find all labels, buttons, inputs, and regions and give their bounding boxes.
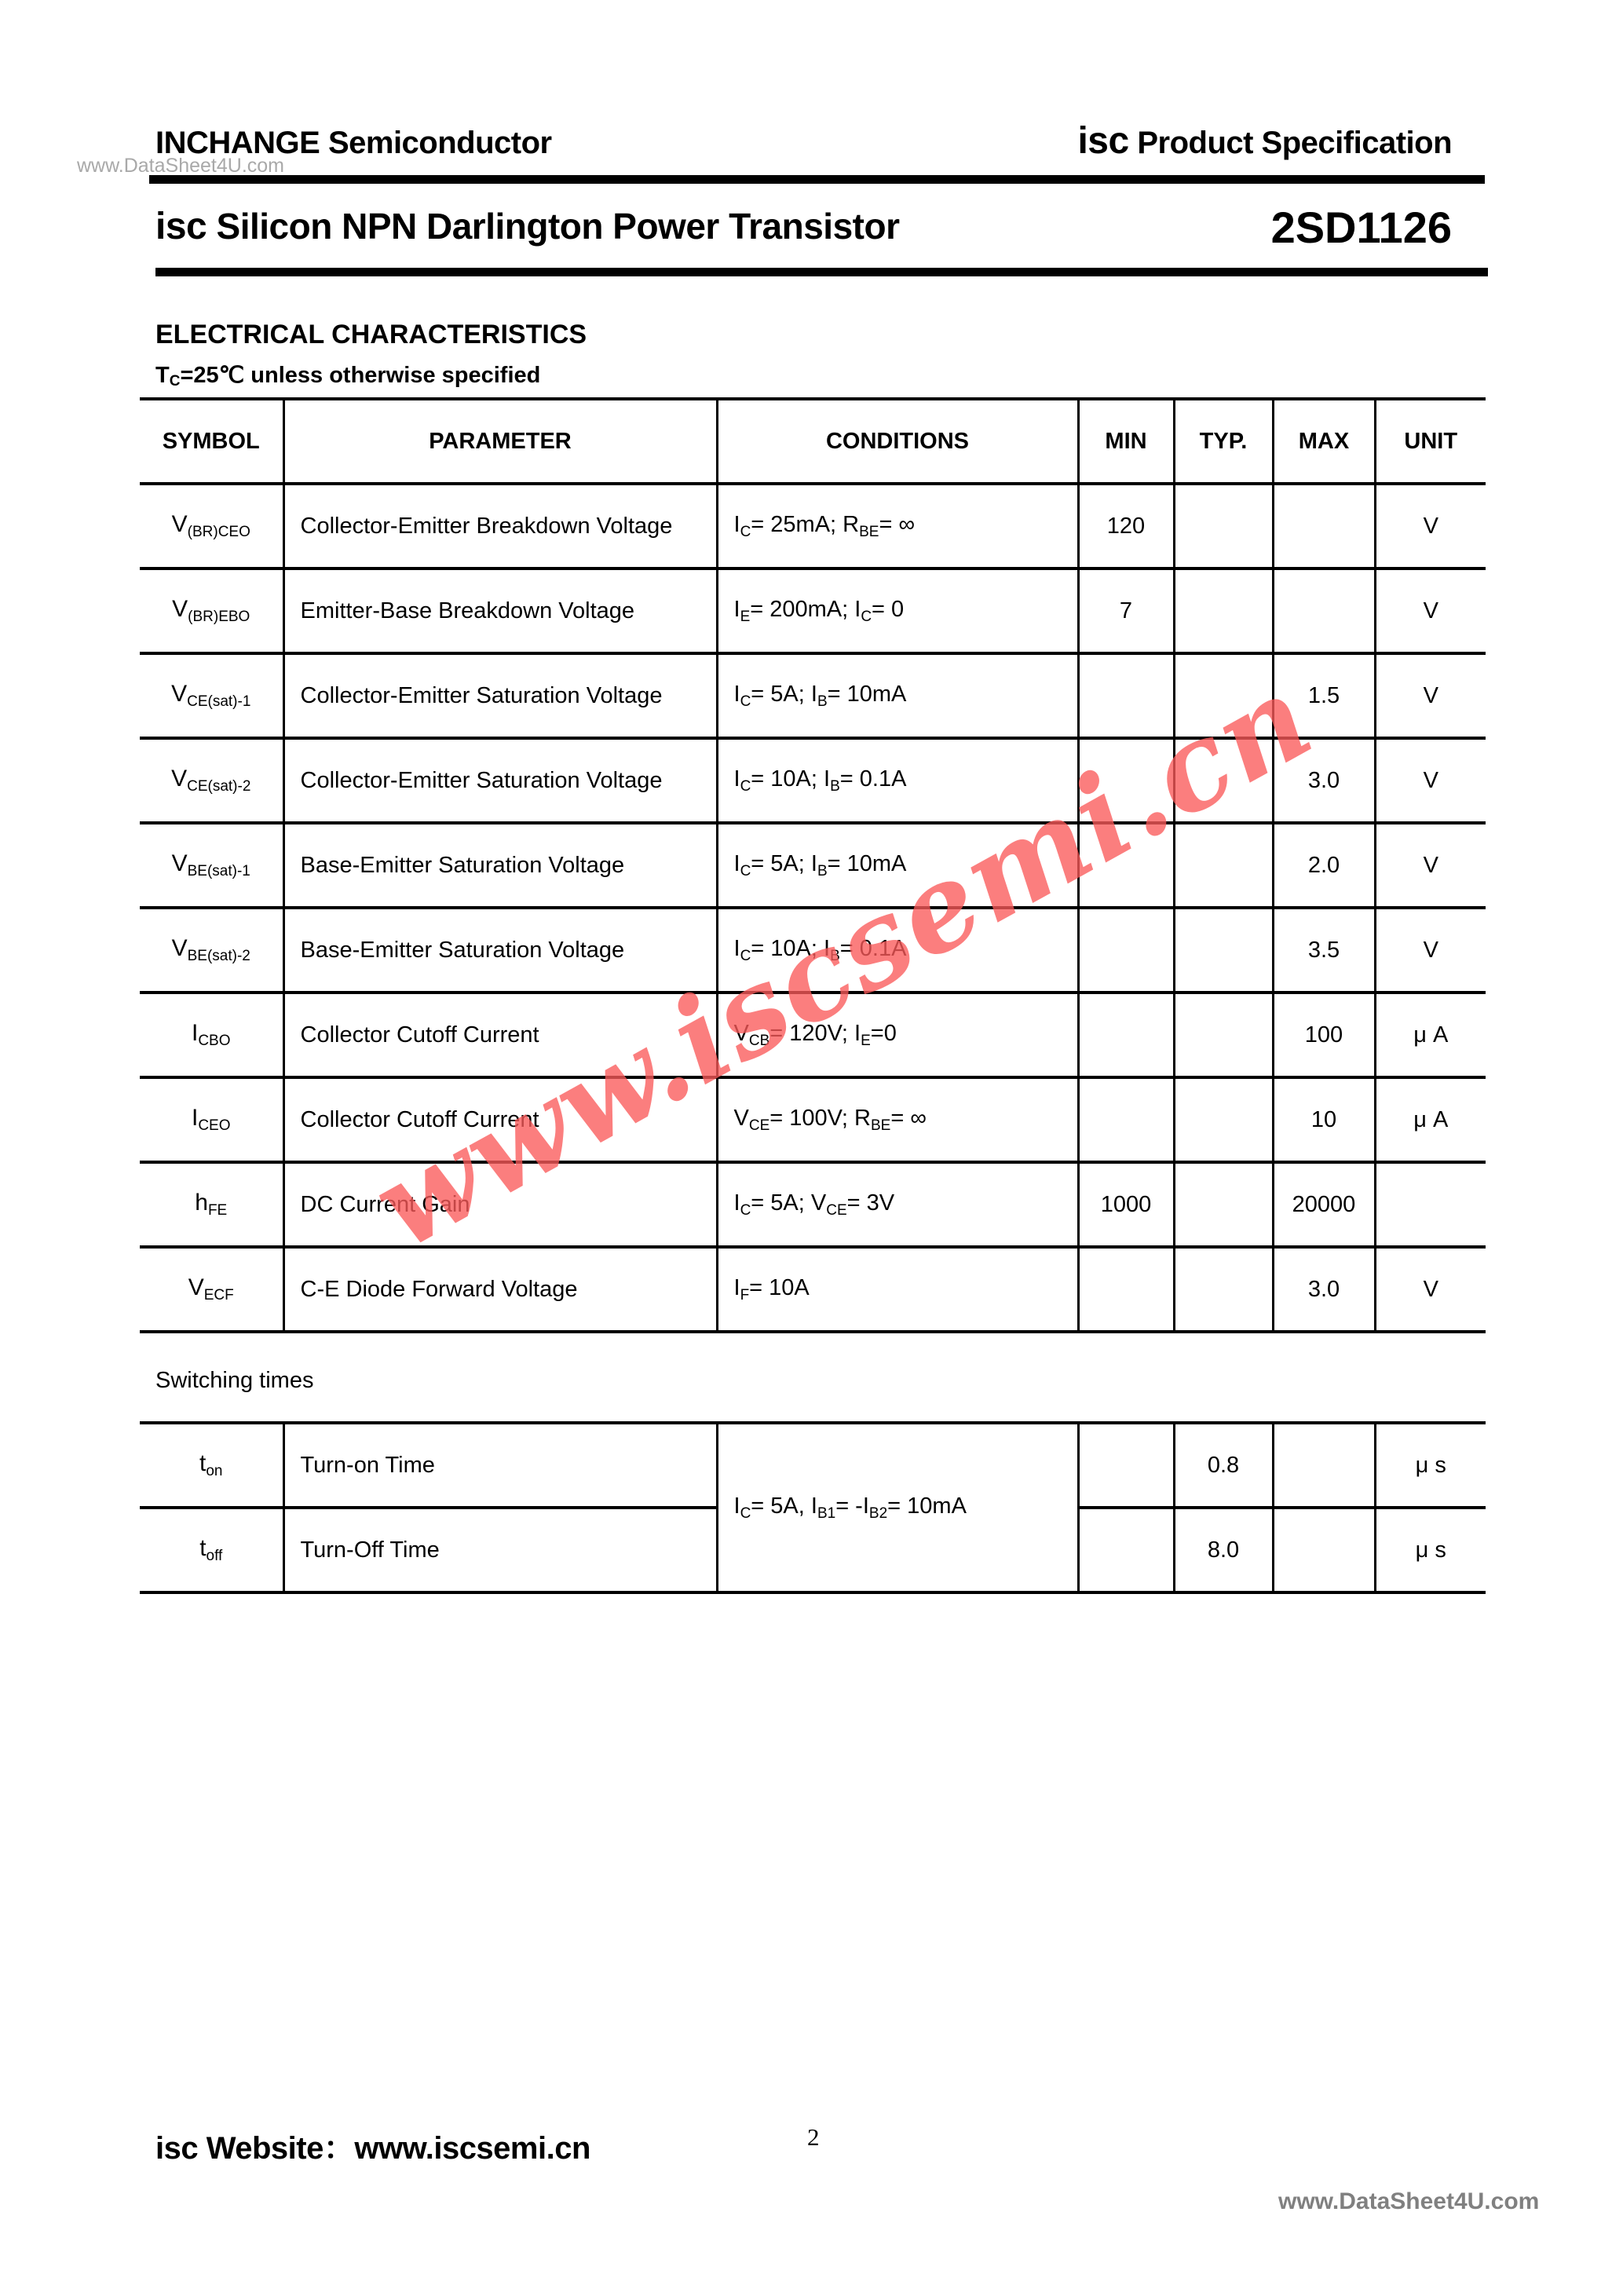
condition-value: = -	[835, 1493, 863, 1519]
datasheet4u-watermark-top: www.DataSheet4U.com	[77, 154, 284, 177]
symbol-subscript: off	[207, 1548, 223, 1564]
max-cell: 3.0	[1273, 738, 1375, 823]
min-cell: 7	[1078, 569, 1174, 653]
conditions-cell: IC= 5A, IB1= -IB2= 10mA	[717, 1423, 1078, 1592]
table-row: VCE(sat)-2Collector-Emitter Saturation V…	[140, 738, 1486, 823]
unit-cell: V	[1375, 653, 1486, 738]
max-cell: 10	[1273, 1077, 1375, 1162]
symbol-cell: ICEO	[140, 1077, 283, 1162]
website-url[interactable]: www.iscsemi.cn	[354, 2131, 590, 2166]
condition-subscript: C	[740, 863, 751, 879]
max-cell	[1273, 569, 1375, 653]
typ-cell	[1174, 1162, 1273, 1247]
condition-subscript: BE	[859, 524, 879, 540]
unit-cell: V	[1375, 484, 1486, 569]
min-cell	[1078, 1077, 1174, 1162]
table-row: tonTurn-on TimeIC= 5A, IB1= -IB2= 10mA0.…	[140, 1423, 1486, 1508]
parameter-cell: Collector-Emitter Saturation Voltage	[283, 653, 717, 738]
condition-value: = 10A;	[751, 766, 824, 792]
condition-value: = ∞	[879, 512, 915, 537]
conditions-cell: IC= 10A; IB= 0.1A	[717, 738, 1078, 823]
typ-cell	[1174, 823, 1273, 908]
condition-subscript: E	[861, 1033, 871, 1049]
part-number: 2SD1126	[1271, 204, 1452, 251]
typ-cell	[1174, 484, 1273, 569]
parameter-cell: Collector-Emitter Saturation Voltage	[283, 738, 717, 823]
max-cell: 20000	[1273, 1162, 1375, 1247]
footer-website: isc Website：www.iscsemi.cn	[155, 2130, 590, 2167]
min-cell	[1078, 1508, 1174, 1592]
min-cell: 1000	[1078, 1162, 1174, 1247]
condition-value: = 200mA;	[750, 597, 854, 622]
symbol-cell: VCE(sat)-2	[140, 738, 283, 823]
condition-var: R	[854, 1106, 871, 1131]
condition-subscript: C	[740, 1202, 751, 1219]
electrical-characteristics-table: SYMBOL PARAMETER CONDITIONS MIN TYP. MAX…	[140, 397, 1486, 1333]
typ-cell	[1174, 1077, 1273, 1162]
conditions-cell: VCB= 120V; IE=0	[717, 993, 1078, 1077]
typ-cell	[1174, 993, 1273, 1077]
column-header-unit: UNIT	[1375, 399, 1486, 484]
unit-cell: μ s	[1375, 1508, 1486, 1592]
parameter-cell: Base-Emitter Saturation Voltage	[283, 823, 717, 908]
unit-cell: μ A	[1375, 1077, 1486, 1162]
condition-value: =0	[871, 1021, 897, 1046]
column-header-min: MIN	[1078, 399, 1174, 484]
conditions-cell: IC= 25mA; RBE= ∞	[717, 484, 1078, 569]
symbol-subscript: CE(sat)-2	[187, 778, 250, 795]
symbol-cell: VCE(sat)-1	[140, 653, 283, 738]
condition-subscript: CE	[749, 1117, 769, 1134]
condition-subscript: F	[740, 1287, 750, 1303]
header-rule-bottom	[155, 268, 1488, 276]
typ-cell: 0.8	[1174, 1423, 1273, 1508]
max-cell: 1.5	[1273, 653, 1375, 738]
condition-value: = 10A;	[751, 936, 824, 961]
symbol-subscript: (BR)CEO	[188, 524, 250, 540]
symbol-cell: V(BR)EBO	[140, 569, 283, 653]
condition-var: I	[734, 1190, 740, 1216]
condition-subscript: C	[740, 524, 751, 540]
symbol-base: V	[172, 596, 188, 622]
condition-var: V	[734, 1106, 749, 1131]
condition-subscript: E	[740, 609, 751, 625]
symbol-base: V	[172, 935, 188, 961]
condition-var: I	[824, 936, 830, 961]
condition-text: =25℃ unless otherwise specified	[180, 363, 540, 388]
condition-var: I	[734, 512, 740, 537]
product-spec-label: isc Product Specification	[1077, 122, 1452, 162]
condition-var: I	[734, 1275, 740, 1300]
symbol-subscript: (BR)EBO	[188, 609, 250, 625]
column-header-typ: TYP.	[1174, 399, 1273, 484]
conditions-cell: VCE= 100V; RBE= ∞	[717, 1077, 1078, 1162]
condition-subscript: B1	[817, 1505, 835, 1522]
symbol-base: V	[172, 850, 188, 876]
header-rule-top	[149, 175, 1485, 184]
table-header-row: SYMBOL PARAMETER CONDITIONS MIN TYP. MAX…	[140, 399, 1486, 484]
table-row: hFEDC Current GainIC= 5A; VCE= 3V1000200…	[140, 1162, 1486, 1247]
symbol-base: V	[171, 766, 187, 792]
condition-value: = 10mA	[887, 1493, 967, 1519]
unit-cell: V	[1375, 908, 1486, 993]
isc-logo-text: isc	[155, 206, 207, 247]
table-row: ICEOCollector Cutoff CurrentVCE= 100V; R…	[140, 1077, 1486, 1162]
condition-var: I	[824, 766, 830, 792]
condition-subscript: C	[740, 778, 751, 795]
symbol-base: V	[188, 1274, 204, 1300]
condition-var: I	[734, 682, 740, 707]
condition-var: I	[854, 1021, 861, 1046]
condition-var: I	[734, 597, 740, 622]
min-cell	[1078, 1247, 1174, 1332]
symbol-subscript: on	[206, 1463, 222, 1479]
parameter-cell: Base-Emitter Saturation Voltage	[283, 908, 717, 993]
condition-value: = 0.1A	[840, 936, 907, 961]
condition-subscript: B	[817, 693, 828, 710]
condition-value: = 120V;	[769, 1021, 854, 1046]
condition-value: = 5A,	[751, 1493, 811, 1519]
typ-cell	[1174, 738, 1273, 823]
min-cell	[1078, 993, 1174, 1077]
table-row: V(BR)EBOEmitter-Base Breakdown VoltageIE…	[140, 569, 1486, 653]
min-cell	[1078, 653, 1174, 738]
condition-value: = ∞	[890, 1106, 927, 1131]
column-header-symbol: SYMBOL	[140, 399, 283, 484]
conditions-cell: IC= 5A; IB= 10mA	[717, 653, 1078, 738]
symbol-subscript: BE(sat)-1	[188, 863, 250, 879]
title-text: Silicon NPN Darlington Power Transistor	[217, 206, 900, 247]
condition-subscript: C	[170, 373, 181, 389]
section-title: ELECTRICAL CHARACTERISTICS	[155, 318, 587, 351]
conditions-cell: IC= 5A; IB= 10mA	[717, 823, 1078, 908]
max-cell: 2.0	[1273, 823, 1375, 908]
column-header-conditions: CONDITIONS	[717, 399, 1078, 484]
symbol-cell: hFE	[140, 1162, 283, 1247]
symbol-subscript: BE(sat)-2	[188, 948, 250, 964]
condition-symbol: T	[155, 363, 170, 388]
symbol-base: h	[195, 1190, 208, 1216]
condition-subscript: B	[830, 778, 840, 795]
min-cell	[1078, 1423, 1174, 1508]
condition-var: I	[734, 851, 740, 876]
parameter-cell: Collector Cutoff Current	[283, 1077, 717, 1162]
conditions-cell: IE= 200mA; IC= 0	[717, 569, 1078, 653]
condition-value: = 5A;	[751, 851, 811, 876]
condition-value: = 5A;	[751, 1190, 811, 1216]
unit-cell: V	[1375, 569, 1486, 653]
symbol-cell: V(BR)CEO	[140, 484, 283, 569]
condition-value: = 3V	[847, 1190, 894, 1216]
condition-subscript: C	[740, 948, 751, 964]
table-row: VBE(sat)-2Base-Emitter Saturation Voltag…	[140, 908, 1486, 993]
condition-var: I	[811, 1493, 817, 1519]
max-cell: 3.0	[1273, 1247, 1375, 1332]
condition-var: V	[811, 1190, 826, 1216]
switching-times-label: Switching times	[155, 1366, 313, 1395]
symbol-base: V	[171, 681, 187, 707]
symbol-cell: VECF	[140, 1247, 283, 1332]
typ-cell	[1174, 908, 1273, 993]
symbol-cell: ton	[140, 1423, 283, 1508]
table-row: ICBOCollector Cutoff CurrentVCB= 120V; I…	[140, 993, 1486, 1077]
test-condition-note: TC=25℃ unless otherwise specified	[155, 361, 540, 396]
condition-value: = 0.1A	[840, 766, 907, 792]
condition-value: = 10A	[749, 1275, 810, 1300]
table-row: VBE(sat)-1Base-Emitter Saturation Voltag…	[140, 823, 1486, 908]
condition-subscript: B	[830, 948, 840, 964]
min-cell	[1078, 738, 1174, 823]
isc-logo-text: isc	[1077, 120, 1128, 162]
typ-cell	[1174, 653, 1273, 738]
condition-subscript: B2	[869, 1505, 887, 1522]
symbol-cell: toff	[140, 1508, 283, 1592]
condition-value: = 25mA;	[751, 512, 843, 537]
parameter-cell: Collector-Emitter Breakdown Voltage	[283, 484, 717, 569]
typ-cell	[1174, 569, 1273, 653]
table-row: VECFC-E Diode Forward VoltageIF= 10A3.0V	[140, 1247, 1486, 1332]
parameter-cell: Turn-on Time	[283, 1423, 717, 1508]
spec-text: Product Specification	[1137, 126, 1452, 160]
condition-value: = 10mA	[828, 851, 907, 876]
unit-cell	[1375, 1162, 1486, 1247]
max-cell: 3.5	[1273, 908, 1375, 993]
min-cell: 120	[1078, 484, 1174, 569]
max-cell: 100	[1273, 993, 1375, 1077]
datasheet4u-watermark-bottom: www.DataSheet4U.com	[1278, 2188, 1539, 2216]
symbol-cell: VBE(sat)-1	[140, 823, 283, 908]
symbol-subscript: CBO	[198, 1033, 230, 1049]
condition-subscript: BE	[871, 1117, 890, 1134]
symbol-subscript: ECF	[204, 1287, 234, 1303]
unit-cell: V	[1375, 738, 1486, 823]
condition-value: = 10mA	[828, 682, 907, 707]
unit-cell: μ s	[1375, 1423, 1486, 1508]
symbol-cell: VBE(sat)-2	[140, 908, 283, 993]
condition-var: V	[734, 1021, 749, 1046]
conditions-cell: IC= 10A; IB= 0.1A	[717, 908, 1078, 993]
condition-value: = 0	[872, 597, 904, 622]
condition-var: I	[863, 1493, 869, 1519]
switching-times-table: tonTurn-on TimeIC= 5A, IB1= -IB2= 10mA0.…	[140, 1421, 1486, 1594]
symbol-subscript: FE	[208, 1202, 227, 1219]
parameter-cell: Turn-Off Time	[283, 1508, 717, 1592]
symbol-base: t	[199, 1535, 206, 1561]
max-cell	[1273, 1508, 1375, 1592]
parameter-cell: Collector Cutoff Current	[283, 993, 717, 1077]
typ-cell: 8.0	[1174, 1508, 1273, 1592]
symbol-cell: ICBO	[140, 993, 283, 1077]
column-header-parameter: PARAMETER	[283, 399, 717, 484]
parameter-cell: DC Current Gain	[283, 1162, 717, 1247]
condition-var: R	[843, 512, 859, 537]
conditions-cell: IF= 10A	[717, 1247, 1078, 1332]
unit-cell: μ A	[1375, 993, 1486, 1077]
condition-subscript: C	[740, 1505, 751, 1522]
condition-subscript: C	[861, 609, 872, 625]
column-header-max: MAX	[1273, 399, 1375, 484]
page-number: 2	[807, 2123, 820, 2152]
symbol-base: V	[172, 511, 188, 537]
min-cell	[1078, 908, 1174, 993]
condition-value: = 5A;	[751, 682, 811, 707]
condition-var: I	[734, 1493, 740, 1519]
typ-cell	[1174, 1247, 1273, 1332]
document-title: isc Silicon NPN Darlington Power Transis…	[155, 204, 900, 249]
condition-var: I	[734, 936, 740, 961]
table-row: VCE(sat)-1Collector-Emitter Saturation V…	[140, 653, 1486, 738]
parameter-cell: Emitter-Base Breakdown Voltage	[283, 569, 717, 653]
conditions-cell: IC= 5A; VCE= 3V	[717, 1162, 1078, 1247]
symbol-subscript: CEO	[198, 1117, 230, 1134]
condition-subscript: CE	[826, 1202, 846, 1219]
website-label: isc Website：	[155, 2131, 354, 2166]
condition-var: I	[811, 851, 817, 876]
max-cell	[1273, 484, 1375, 569]
condition-var: I	[811, 682, 817, 707]
unit-cell: V	[1375, 1247, 1486, 1332]
condition-value: = 100V;	[769, 1106, 854, 1131]
unit-cell: V	[1375, 823, 1486, 908]
symbol-subscript: CE(sat)-1	[187, 693, 250, 710]
parameter-cell: C-E Diode Forward Voltage	[283, 1247, 717, 1332]
table-row: V(BR)CEOCollector-Emitter Breakdown Volt…	[140, 484, 1486, 569]
max-cell	[1273, 1423, 1375, 1508]
condition-subscript: C	[740, 693, 751, 710]
min-cell	[1078, 823, 1174, 908]
condition-subscript: CB	[749, 1033, 769, 1049]
condition-var: I	[734, 766, 740, 792]
condition-subscript: B	[817, 863, 828, 879]
